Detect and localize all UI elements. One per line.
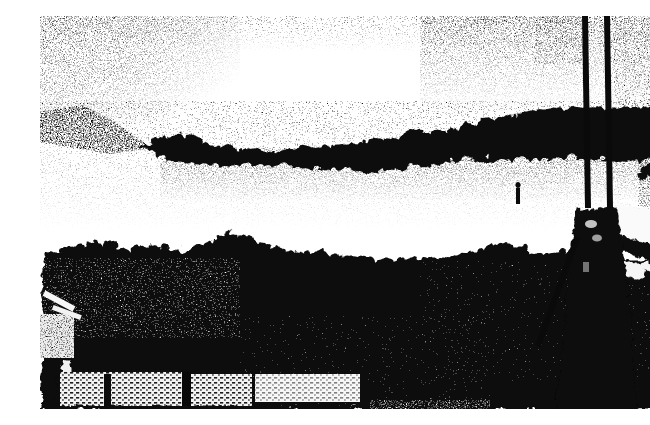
wall-divider <box>182 372 191 408</box>
halftone-photo: Grainy black-and-white halftone press ph… <box>40 16 650 409</box>
wall-bottom-rim <box>56 404 360 409</box>
distant-post <box>515 182 520 204</box>
field <box>40 101 650 231</box>
photo-canvas: Grainy black-and-white halftone press ph… <box>40 16 650 409</box>
